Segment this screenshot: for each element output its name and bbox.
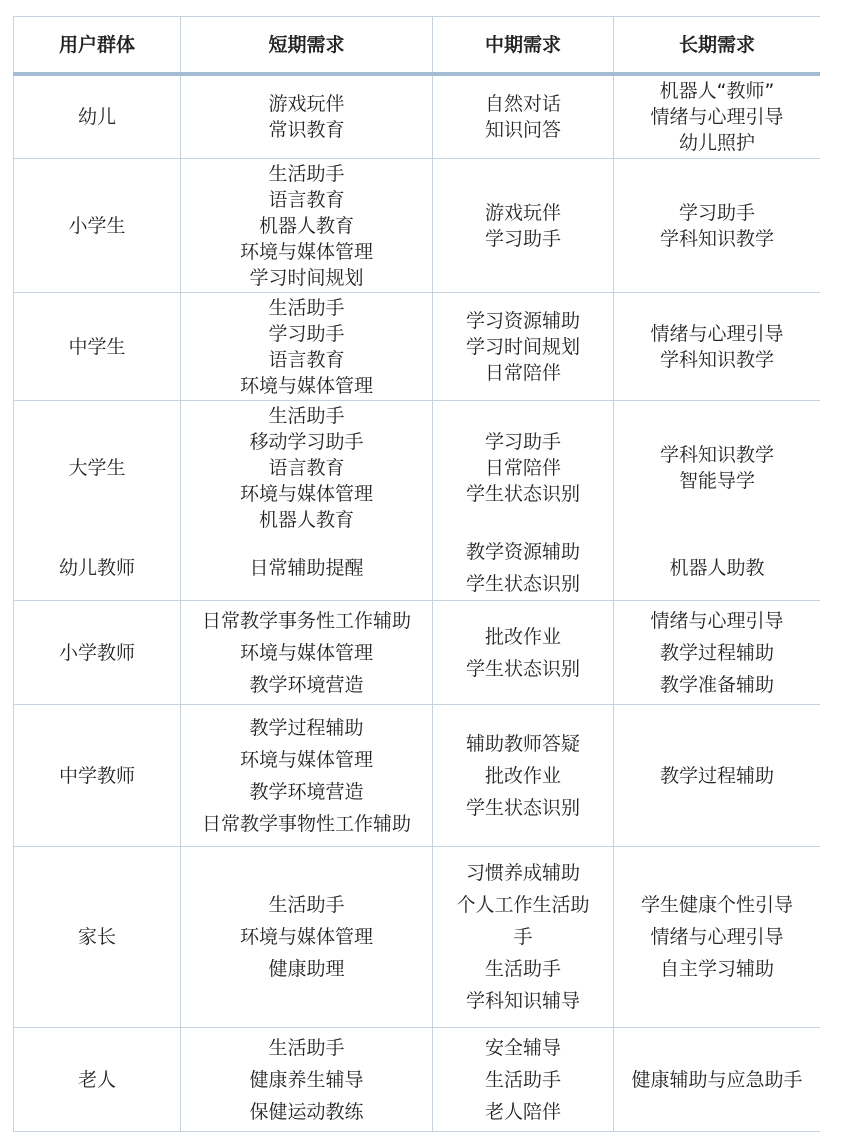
table-row: 幼儿游戏玩伴常识教育自然对话知识问答机器人“教师”情绪与心理引导幼儿照护 <box>13 76 820 159</box>
table-header-row: 用户群体 短期需求 中期需求 长期需求 <box>13 16 820 76</box>
cell-line: 机器人教育 <box>259 507 354 533</box>
cell-line: 教学环境营造 <box>249 672 363 698</box>
table-row: 小学生生活助手语言教育机器人教育环境与媒体管理学习时间规划游戏玩伴学习助手学习助… <box>13 159 820 293</box>
cell-line: 教学资源辅助 <box>466 539 580 565</box>
cell-line: 日常陪伴 <box>485 455 561 481</box>
table-row: 中学生生活助手学习助手语言教育环境与媒体管理学习资源辅助学习时间规划日常陪伴情绪… <box>13 293 820 401</box>
cell-line: 习惯养成辅助 <box>466 860 580 886</box>
long-term-cell: 机器人“教师”情绪与心理引导幼儿照护 <box>613 76 820 158</box>
short-term-cell: 生活助手环境与媒体管理健康助理 <box>180 847 432 1027</box>
cell-line: 学习助手 <box>679 200 755 226</box>
cell-line: 智能导学 <box>679 468 755 494</box>
cell-line: 教学环境营造 <box>249 779 363 805</box>
user-group-cell: 中学教师 <box>13 705 180 846</box>
cell-line: 语言教育 <box>268 347 344 373</box>
long-term-cell: 学习助手学科知识教学 <box>613 159 820 292</box>
cell-line: 生活助手 <box>268 295 344 321</box>
mid-term-cell: 游戏玩伴学习助手 <box>432 159 613 292</box>
table-row: 小学教师日常教学事务性工作辅助环境与媒体管理教学环境营造批改作业学生状态识别情绪… <box>13 601 820 705</box>
cell-line: 自然对话 <box>485 91 561 117</box>
cell-line: 学习助手 <box>485 226 561 252</box>
merged-row-block: 大学生生活助手移动学习助手语言教育环境与媒体管理机器人教育学习助手日常陪伴学生状… <box>13 401 820 601</box>
table-row: 大学生生活助手移动学习助手语言教育环境与媒体管理机器人教育学习助手日常陪伴学生状… <box>13 401 820 535</box>
table-row: 中学教师教学过程辅助环境与媒体管理教学环境营造日常教学事物性工作辅助辅助教师答疑… <box>13 705 820 847</box>
short-term-cell: 教学过程辅助环境与媒体管理教学环境营造日常教学事物性工作辅助 <box>180 705 432 846</box>
cell-line: 生活助手 <box>268 403 344 429</box>
cell-line: 环境与媒体管理 <box>240 924 373 950</box>
cell-line: 教学过程辅助 <box>660 640 774 666</box>
cell-line: 手 <box>513 924 532 950</box>
cell-line: 自主学习辅助 <box>660 956 774 982</box>
long-term-cell: 情绪与心理引导学科知识教学 <box>613 293 820 400</box>
cell-line: 学习助手 <box>485 429 561 455</box>
cell-line: 安全辅导 <box>485 1035 561 1061</box>
cell-line: 机器人教育 <box>259 213 354 239</box>
cell-line: 游戏玩伴 <box>485 200 561 226</box>
cell-line: 日常教学事物性工作辅助 <box>202 811 411 837</box>
user-group-cell: 小学生 <box>13 159 180 292</box>
cell-line: 生活助手 <box>268 892 344 918</box>
long-term-cell: 教学过程辅助 <box>613 705 820 846</box>
cell-line: 环境与媒体管理 <box>240 481 373 507</box>
cell-line: 学科知识教学 <box>660 226 774 252</box>
cell-line: 环境与媒体管理 <box>240 640 373 666</box>
cell-line: 学科知识教学 <box>660 442 774 468</box>
cell-line: 情绪与心理引导 <box>650 104 783 130</box>
cell-line: 机器人“教师” <box>660 78 775 104</box>
cell-line: 知识问答 <box>485 117 561 143</box>
mid-term-cell: 习惯养成辅助个人工作生活助手生活助手学科知识辅导 <box>432 847 613 1027</box>
user-group-cell: 大学生 <box>13 401 180 535</box>
user-group-cell: 家长 <box>13 847 180 1027</box>
long-term-cell: 学科知识教学智能导学 <box>613 401 820 535</box>
header-mid-term: 中期需求 <box>432 17 613 72</box>
cell-line: 学习资源辅助 <box>466 308 580 334</box>
cell-line: 生活助手 <box>485 956 561 982</box>
cell-line: 情绪与心理引导 <box>650 924 783 950</box>
cell-line: 环境与媒体管理 <box>240 373 373 399</box>
cell-line: 情绪与心理引导 <box>650 608 783 634</box>
table-body: 幼儿游戏玩伴常识教育自然对话知识问答机器人“教师”情绪与心理引导幼儿照护小学生生… <box>13 76 820 1132</box>
table-row: 幼儿教师日常辅助提醒教学资源辅助学生状态识别机器人助教 <box>13 535 820 600</box>
cell-line: 教学准备辅助 <box>660 672 774 698</box>
cell-line: 学习助手 <box>268 321 344 347</box>
cell-line: 学科知识教学 <box>660 347 774 373</box>
mid-term-cell: 安全辅导生活助手老人陪伴 <box>432 1028 613 1131</box>
cell-line: 情绪与心理引导 <box>650 321 783 347</box>
short-term-cell: 生活助手健康养生辅导保健运动教练 <box>180 1028 432 1131</box>
cell-line: 环境与媒体管理 <box>240 747 373 773</box>
cell-line: 日常陪伴 <box>485 360 561 386</box>
cell-line: 日常辅助提醒 <box>249 555 363 581</box>
cell-line: 教学过程辅助 <box>249 715 363 741</box>
cell-line: 批改作业 <box>485 763 561 789</box>
cell-line: 学生状态识别 <box>466 656 580 682</box>
mid-term-cell: 批改作业学生状态识别 <box>432 601 613 704</box>
header-long-term: 长期需求 <box>613 17 820 72</box>
header-user-group: 用户群体 <box>13 17 180 72</box>
cell-line: 移动学习助手 <box>249 429 363 455</box>
cell-line: 游戏玩伴 <box>268 91 344 117</box>
short-term-cell: 日常教学事务性工作辅助环境与媒体管理教学环境营造 <box>180 601 432 704</box>
cell-line: 学科知识辅导 <box>466 988 580 1014</box>
user-group-cell: 小学教师 <box>13 601 180 704</box>
mid-term-cell: 辅助教师答疑批改作业学生状态识别 <box>432 705 613 846</box>
table-row: 家长生活助手环境与媒体管理健康助理习惯养成辅助个人工作生活助手生活助手学科知识辅… <box>13 847 820 1028</box>
header-short-term: 短期需求 <box>180 17 432 72</box>
short-term-cell: 日常辅助提醒 <box>180 535 432 600</box>
cell-line: 机器人助教 <box>669 555 764 581</box>
cell-line: 学生状态识别 <box>466 481 580 507</box>
cell-line: 健康养生辅导 <box>249 1067 363 1093</box>
cell-line: 教学过程辅助 <box>660 763 774 789</box>
user-needs-table: 用户群体 短期需求 中期需求 长期需求 幼儿游戏玩伴常识教育自然对话知识问答机器… <box>13 16 820 1132</box>
user-group-cell: 老人 <box>13 1028 180 1131</box>
cell-line: 老人陪伴 <box>485 1099 561 1125</box>
cell-line: 语言教育 <box>268 455 344 481</box>
mid-term-cell: 学习资源辅助学习时间规划日常陪伴 <box>432 293 613 400</box>
cell-line: 生活助手 <box>268 161 344 187</box>
mid-term-cell: 学习助手日常陪伴学生状态识别 <box>432 401 613 535</box>
long-term-cell: 学生健康个性引导情绪与心理引导自主学习辅助 <box>613 847 820 1027</box>
cell-line: 幼儿照护 <box>679 130 755 156</box>
user-group-cell: 幼儿教师 <box>13 535 180 600</box>
long-term-cell: 健康辅助与应急助手 <box>613 1028 820 1131</box>
cell-line: 语言教育 <box>268 187 344 213</box>
table-row: 老人生活助手健康养生辅导保健运动教练安全辅导生活助手老人陪伴健康辅助与应急助手 <box>13 1028 820 1132</box>
long-term-cell: 情绪与心理引导教学过程辅助教学准备辅助 <box>613 601 820 704</box>
cell-line: 健康助理 <box>268 956 344 982</box>
cell-line: 学习时间规划 <box>466 334 580 360</box>
cell-line: 日常教学事务性工作辅助 <box>202 608 411 634</box>
cell-line: 生活助手 <box>268 1035 344 1061</box>
mid-term-cell: 自然对话知识问答 <box>432 76 613 158</box>
user-group-cell: 中学生 <box>13 293 180 400</box>
cell-line: 学生状态识别 <box>466 571 580 597</box>
cell-line: 环境与媒体管理 <box>240 239 373 265</box>
cell-line: 保健运动教练 <box>249 1099 363 1125</box>
cell-line: 学生状态识别 <box>466 795 580 821</box>
cell-line: 学生健康个性引导 <box>641 892 793 918</box>
cell-line: 常识教育 <box>268 117 344 143</box>
cell-line: 健康辅助与应急助手 <box>631 1067 802 1093</box>
cell-line: 生活助手 <box>485 1067 561 1093</box>
cell-line: 个人工作生活助 <box>456 892 589 918</box>
cell-line: 学习时间规划 <box>249 265 363 291</box>
short-term-cell: 游戏玩伴常识教育 <box>180 76 432 158</box>
cell-line: 批改作业 <box>485 624 561 650</box>
short-term-cell: 生活助手语言教育机器人教育环境与媒体管理学习时间规划 <box>180 159 432 292</box>
short-term-cell: 生活助手学习助手语言教育环境与媒体管理 <box>180 293 432 400</box>
long-term-cell: 机器人助教 <box>613 535 820 600</box>
user-group-cell: 幼儿 <box>13 76 180 158</box>
mid-term-cell: 教学资源辅助学生状态识别 <box>432 535 613 600</box>
short-term-cell: 生活助手移动学习助手语言教育环境与媒体管理机器人教育 <box>180 401 432 535</box>
cell-line: 辅助教师答疑 <box>466 731 580 757</box>
